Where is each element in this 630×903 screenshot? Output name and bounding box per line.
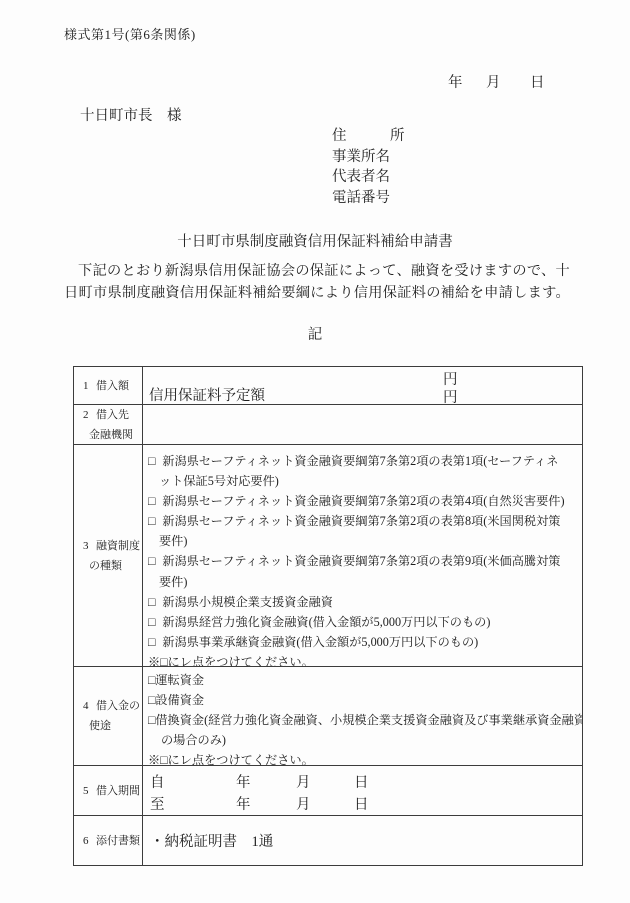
checkbox-icon[interactable]: □ (148, 612, 155, 632)
table-row-loan-program: 3融資制度 の種類 □新潟県セーフティネット資金融資要綱第7条第2項の表第1項(… (74, 445, 582, 667)
table-row-loan-use: 4借入金の 使途 □運転資金 □設備資金 □借換資金(経営力強化資金融資、小規模… (74, 667, 582, 766)
date-month-label: 月 (486, 71, 501, 92)
applicant-phone-label: 電話番号 (332, 188, 405, 209)
row3-checkbox-note: ※□にレ点をつけてください。 (148, 652, 582, 666)
row1-label-cell: 1借入額 (74, 367, 143, 404)
checkbox-icon[interactable]: □ (148, 632, 155, 652)
period-from-line: 自 年 月 日 (143, 771, 582, 793)
row3-label-line1: 3融資制度 (83, 536, 142, 556)
row4-label-cell: 4借入金の 使途 (74, 667, 143, 765)
row2-content-cell[interactable] (143, 405, 582, 444)
row5-label-cell: 5借入期間 (74, 766, 143, 815)
loan-program-options: □新潟県セーフティネット資金融資要綱第7条第2項の表第1項(セーフティネ ット保… (143, 445, 582, 666)
record-mark: 記 (0, 323, 630, 344)
option-business-succession: □新潟県事業承継資金融資(借入金額が5,000万円以下のもの) (148, 632, 582, 652)
addressee: 十日町市長 様 (80, 104, 182, 125)
row3-label-cell: 3融資制度 の種類 (74, 445, 143, 666)
period-to-label: 至 (150, 793, 165, 814)
row2-label-line2: 金融機関 (89, 425, 142, 445)
period-from-label: 自 (150, 771, 165, 792)
period-to-month-label: 月 (296, 793, 311, 814)
row2-label-line1: 2借入先 (83, 405, 142, 425)
loan-use-options: □運転資金 □設備資金 □借換資金(経営力強化資金融資、小規模企業支援資金融資及… (143, 667, 582, 765)
period-from-month-label: 月 (296, 771, 311, 792)
row4-checkbox-note: ※□にレ点をつけてください。 (148, 750, 582, 765)
applicant-business-name-label: 事業所名 (332, 147, 405, 168)
row4-content-cell: □運転資金 □設備資金 □借換資金(経営力強化資金融資、小規模企業支援資金融資及… (143, 667, 582, 765)
row6-label-cell: 6添付書類 (74, 816, 143, 865)
checkbox-icon[interactable]: □ (148, 592, 155, 612)
applicant-representative-label: 代表者名 (332, 167, 405, 188)
row4-label-line1: 4借入金の (83, 696, 142, 716)
row4-label-line2: 使途 (89, 716, 142, 736)
option-safetynet-item4: □新潟県セーフティネット資金融資要綱第7条第2項の表第4項(自然災害要件) (148, 491, 582, 511)
option-working-capital: □運転資金 (148, 670, 582, 690)
document-page: 様式第1号(第6条関係) 年 月 日 十日町市長 様 住 所 事業所名 代表者名… (0, 0, 630, 903)
row2-label-cell: 2借入先 金融機関 (74, 405, 143, 444)
period-to-line: 至 年 月 日 (143, 793, 582, 815)
option-safetynet-item9: □新潟県セーフティネット資金融資要綱第7条第2項の表第9項(米価高騰対策 (148, 551, 582, 571)
checkbox-icon[interactable]: □ (148, 491, 155, 511)
row3-content-cell: □新潟県セーフティネット資金融資要綱第7条第2項の表第1項(セーフティネ ット保… (143, 445, 582, 666)
row6-label: 6添付書類 (83, 831, 142, 851)
date-year-label: 年 (448, 71, 463, 92)
option-safetynet-item9-cont: 要件) (148, 572, 582, 592)
option-small-business-support: □新潟県小規模企業支援資金融資 (148, 592, 582, 612)
table-row-loan-amount: 1借入額 円 信用保証料予定額 円 (74, 367, 582, 405)
attachment-item: ・納税証明書 1通 (150, 830, 273, 851)
period-to-day-label: 日 (354, 793, 369, 814)
guarantee-fee-label: 信用保証料予定額 (149, 384, 265, 404)
option-equipment-capital: □設備資金 (148, 690, 582, 710)
period-from-day-label: 日 (354, 771, 369, 792)
row1-content-cell: 円 信用保証料予定額 円 (143, 367, 582, 404)
row3-label-line2: の種類 (89, 556, 142, 576)
row1-label: 1借入額 (83, 376, 142, 396)
table-row-lender: 2借入先 金融機関 (74, 405, 582, 445)
date-day-label: 日 (530, 71, 545, 92)
document-title: 十日町市県制度融資信用保証料補給申請書 (0, 230, 630, 251)
applicant-address-label: 住 所 (332, 126, 405, 147)
guarantee-fee-unit: 円 (443, 386, 458, 404)
option-refinance-capital: □借換資金(経営力強化資金融資、小規模企業支援資金融資及び事業継承資金融資 (148, 710, 582, 730)
option-safetynet-item1-cont: ット保証5号対応要件) (148, 471, 582, 491)
period-from-year-label: 年 (236, 771, 251, 792)
checkbox-icon[interactable]: □ (148, 451, 155, 471)
application-table: 1借入額 円 信用保証料予定額 円 2借入先 金融機関 3融資制度 の種類 (73, 366, 583, 866)
table-row-loan-period: 5借入期間 自 年 月 日 至 年 月 日 (74, 766, 582, 816)
body-paragraph: 下記のとおり新潟県信用保証協会の保証によって、融資を受けますので、十 日町市県制… (64, 261, 572, 305)
checkbox-icon[interactable]: □ (148, 511, 155, 531)
form-number: 様式第1号(第6条関係) (64, 24, 196, 43)
body-line-1: 下記のとおり新潟県信用保証協会の保証によって、融資を受けますので、十 (64, 261, 572, 283)
body-line-2: 日町市県制度融資信用保証料補給要綱により信用保証料の補給を申請します。 (64, 283, 572, 305)
option-refinance-capital-cont: の場合のみ) (148, 730, 582, 750)
period-to-year-label: 年 (236, 793, 251, 814)
row5-content-cell: 自 年 月 日 至 年 月 日 (143, 766, 582, 815)
table-row-attachments: 6添付書類 ・納税証明書 1通 (74, 816, 582, 865)
applicant-block: 住 所 事業所名 代表者名 電話番号 (332, 126, 405, 208)
date-line: 年 月 日 (0, 71, 630, 89)
option-safetynet-item8-cont: 要件) (148, 531, 582, 551)
option-management-strengthening: □新潟県経営力強化資金融資(借入金額が5,000万円以下のもの) (148, 612, 582, 632)
option-safetynet-item1: □新潟県セーフティネット資金融資要綱第7条第2項の表第1項(セーフティネ (148, 451, 582, 471)
row6-content-cell: ・納税証明書 1通 (143, 816, 582, 865)
row5-label: 5借入期間 (83, 781, 142, 801)
checkbox-icon[interactable]: □ (148, 551, 155, 571)
option-safetynet-item8: □新潟県セーフティネット資金融資要綱第7条第2項の表第8項(米国関税対策 (148, 511, 582, 531)
